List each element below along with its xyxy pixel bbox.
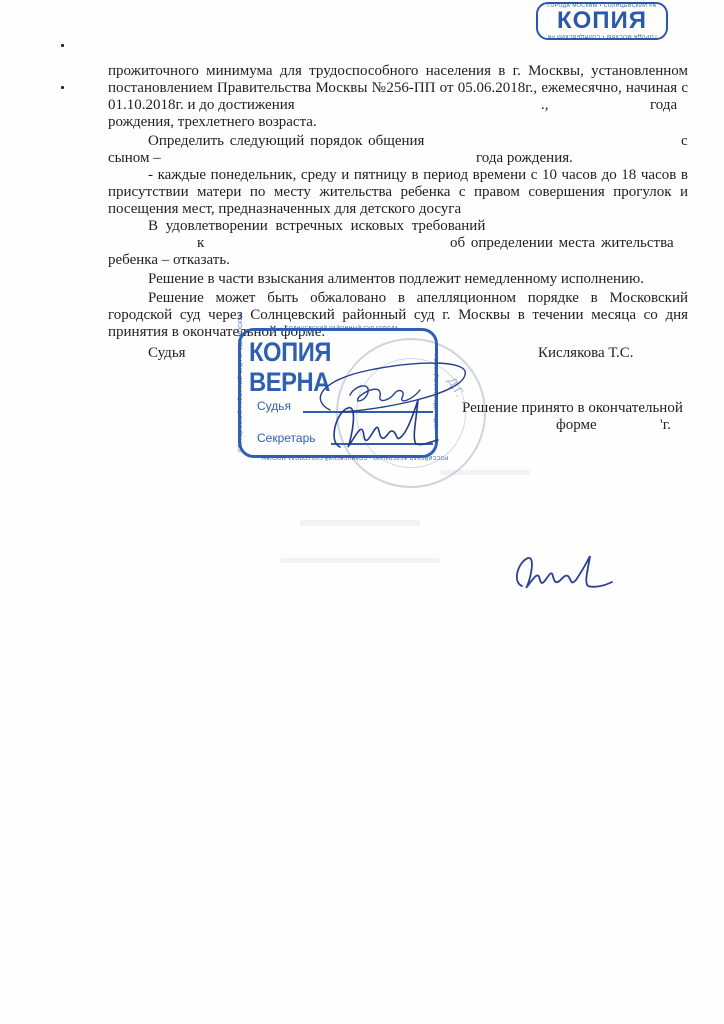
paragraph-line: присутствии матери по месту жительства р…: [108, 184, 688, 201]
paragraph-line: городской суд через Солнцевский районный…: [108, 307, 688, 324]
paragraph-line: постановлением Правительства Москвы №256…: [108, 80, 688, 97]
paragraph-line: ребенка – отказать.: [108, 252, 688, 269]
paragraph-line: Решение в части взыскания алиментов подл…: [148, 271, 688, 288]
redaction-mark: .,: [541, 97, 549, 114]
copy-stamp: ГОРОДА МОСКВЫ • СОЛНЦЕВСКИЙ РА КОПИЯ ГОР…: [536, 2, 668, 40]
final-form-note: форме: [556, 417, 597, 434]
stamp-judge-label: Судья: [257, 399, 291, 413]
stamp-frame-text: • СОЛНЦЕВСКИЙ РАЙОННЫЙ СУД ГОРОДА: [281, 326, 399, 332]
paragraph-line: года рождения.: [476, 150, 573, 167]
paragraph-line: об определении места жительства: [450, 235, 674, 252]
stamp-ring-text: ГОРОДА МОСКВЫ • СОЛНЦЕВСКИЙ РА: [544, 33, 660, 39]
final-form-date-suffix: 'г.: [660, 417, 671, 434]
paragraph-line: к: [197, 235, 204, 252]
margin-mark: [61, 44, 64, 47]
paragraph-line: прожиточного минимума для трудоспособног…: [108, 63, 688, 80]
handwritten-signature-icon: [508, 552, 618, 597]
final-form-note: Решение принято в окончательной: [462, 400, 683, 417]
paragraph-line: года: [650, 97, 677, 114]
copy-stamp-title: КОПИЯ: [538, 8, 666, 34]
judge-label: Судья: [148, 345, 186, 362]
margin-mark: [61, 86, 64, 89]
scan-artifact: [280, 558, 440, 563]
paragraph-line: рождения, трехлетнего возраста.: [108, 114, 688, 131]
scan-artifact: [300, 520, 420, 526]
paragraph-line: Определить следующий порядок общения: [148, 133, 424, 150]
paragraph-line: посещения мест, предназначенных для детс…: [108, 201, 688, 218]
paragraph-line: с: [681, 133, 688, 150]
paragraph-line: - каждые понедельник, среду и пятницу в …: [148, 167, 688, 184]
document-page: ГОРОДА МОСКВЫ • СОЛНЦЕВСКИЙ РА КОПИЯ ГОР…: [0, 0, 724, 1024]
paragraph-line: 01.10.2018г. и до достижения: [108, 97, 295, 114]
scan-artifact: [440, 470, 530, 475]
secretary-signature-icon: [318, 392, 448, 462]
paragraph-line: сыном –: [108, 150, 161, 167]
judge-name: Кислякова Т.С.: [538, 345, 634, 362]
paragraph-line: Решение может быть обжаловано в апелляци…: [148, 290, 688, 307]
paragraph-line: В удовлетворении встречных исковых требо…: [148, 218, 485, 235]
stamp-frame-text: СОЛНЦЕВСКИЙ РАЙОННЫЙ СУД ГОРОДА МОСКВЫ: [238, 332, 244, 452]
